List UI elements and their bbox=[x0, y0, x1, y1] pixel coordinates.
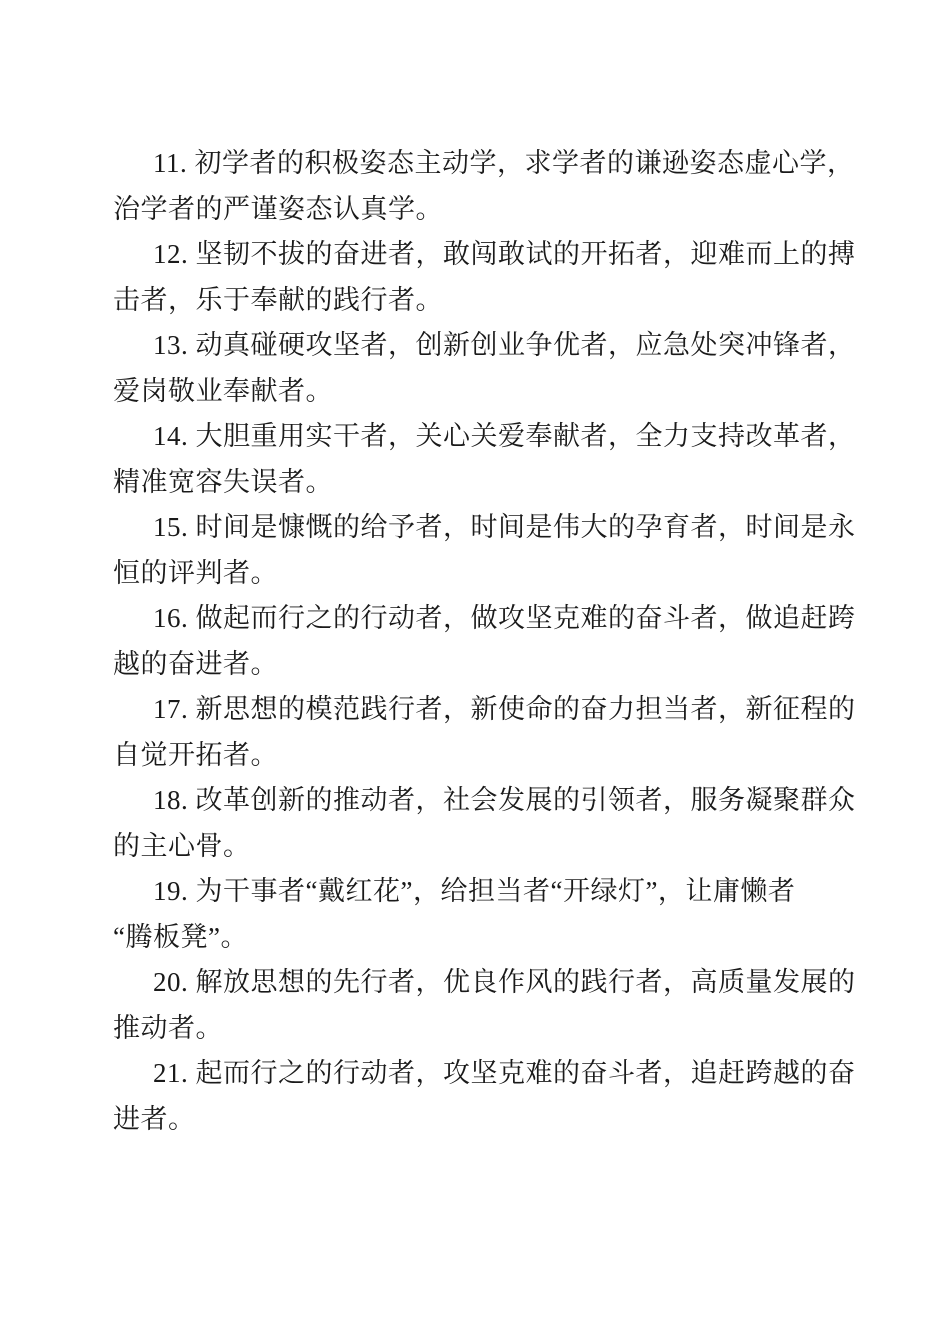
document-line: “腾板凳”。 bbox=[113, 915, 838, 961]
list-item-19: 19. 为干事者“戴红花”，给担当者“开绿灯”，让庸懒者 “腾板凳”。 bbox=[113, 869, 838, 960]
document-line: 16. 做起而行之的行动者，做攻坚克难的奋斗者，做追赶跨 bbox=[113, 596, 838, 642]
document-line: 爱岗敬业奉献者。 bbox=[113, 369, 838, 415]
document-line: 15. 时间是慷慨的给予者，时间是伟大的孕育者，时间是永 bbox=[113, 505, 838, 551]
document-line: 精准宽容失误者。 bbox=[113, 460, 838, 506]
document-line: 治学者的严谨姿态认真学。 bbox=[113, 187, 838, 233]
list-item-18: 18. 改革创新的推动者，社会发展的引领者，服务凝聚群众 的主心骨。 bbox=[113, 778, 838, 869]
list-item-15: 15. 时间是慷慨的给予者，时间是伟大的孕育者，时间是永 恒的评判者。 bbox=[113, 505, 838, 596]
document-line: 12. 坚韧不拔的奋进者，敢闯敢试的开拓者，迎难而上的搏 bbox=[113, 232, 838, 278]
list-item-16: 16. 做起而行之的行动者，做攻坚克难的奋斗者，做追赶跨 越的奋进者。 bbox=[113, 596, 838, 687]
list-item-11: 11. 初学者的积极姿态主动学，求学者的谦逊姿态虚心学， 治学者的严谨姿态认真学… bbox=[113, 141, 838, 232]
list-item-17: 17. 新思想的模范践行者，新使命的奋力担当者，新征程的 自觉开拓者。 bbox=[113, 687, 838, 778]
document-line: 越的奋进者。 bbox=[113, 642, 838, 688]
list-item-12: 12. 坚韧不拔的奋进者，敢闯敢试的开拓者，迎难而上的搏 击者，乐于奉献的践行者… bbox=[113, 232, 838, 323]
document-line: 推动者。 bbox=[113, 1006, 838, 1052]
document-line: 18. 改革创新的推动者，社会发展的引领者，服务凝聚群众 bbox=[113, 778, 838, 824]
document-line: 14. 大胆重用实干者，关心关爱奉献者，全力支持改革者， bbox=[113, 414, 838, 460]
list-item-20: 20. 解放思想的先行者，优良作风的践行者，高质量发展的 推动者。 bbox=[113, 960, 838, 1051]
document-line: 恒的评判者。 bbox=[113, 551, 838, 597]
document-line: 13. 动真碰硬攻坚者，创新创业争优者，应急处突冲锋者， bbox=[113, 323, 838, 369]
document-line: 20. 解放思想的先行者，优良作风的践行者，高质量发展的 bbox=[113, 960, 838, 1006]
document-body: 11. 初学者的积极姿态主动学，求学者的谦逊姿态虚心学， 治学者的严谨姿态认真学… bbox=[113, 141, 838, 1142]
document-line: 自觉开拓者。 bbox=[113, 733, 838, 779]
document-line: 21. 起而行之的行动者，攻坚克难的奋斗者，追赶跨越的奋 bbox=[113, 1051, 838, 1097]
document-line: 17. 新思想的模范践行者，新使命的奋力担当者，新征程的 bbox=[113, 687, 838, 733]
document-line: 击者，乐于奉献的践行者。 bbox=[113, 278, 838, 324]
list-item-13: 13. 动真碰硬攻坚者，创新创业争优者，应急处突冲锋者， 爱岗敬业奉献者。 bbox=[113, 323, 838, 414]
document-line: 11. 初学者的积极姿态主动学，求学者的谦逊姿态虚心学， bbox=[113, 141, 838, 187]
list-item-21: 21. 起而行之的行动者，攻坚克难的奋斗者，追赶跨越的奋 进者。 bbox=[113, 1051, 838, 1142]
document-line: 进者。 bbox=[113, 1097, 838, 1143]
list-item-14: 14. 大胆重用实干者，关心关爱奉献者，全力支持改革者， 精准宽容失误者。 bbox=[113, 414, 838, 505]
document-line: 19. 为干事者“戴红花”，给担当者“开绿灯”，让庸懒者 bbox=[113, 869, 838, 915]
document-line: 的主心骨。 bbox=[113, 824, 838, 870]
document-page: 11. 初学者的积极姿态主动学，求学者的谦逊姿态虚心学， 治学者的严谨姿态认真学… bbox=[0, 0, 950, 1344]
